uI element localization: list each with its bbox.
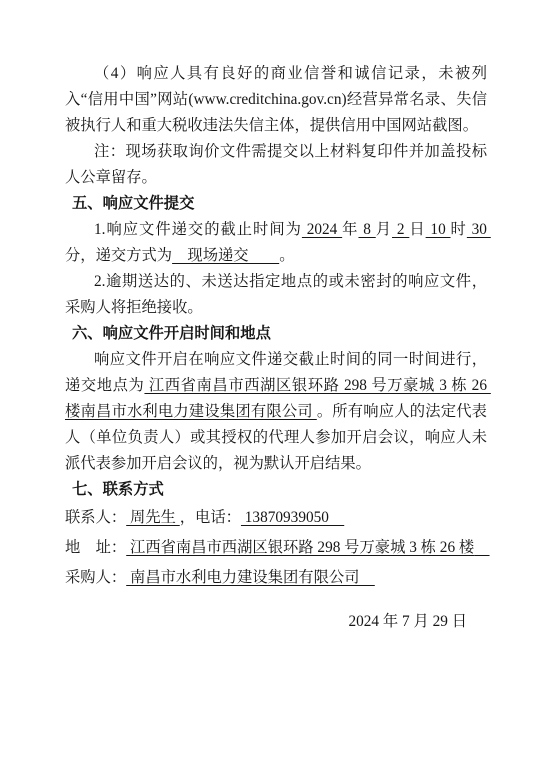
contact-person-line: 联系人： 周先生 ，电话： 13870939050 bbox=[65, 503, 487, 533]
opening-time-place-paragraph: 响应文件开启在响应文件递交截止时间的同一时间进行，递交地点为 江西省南昌市西湖区… bbox=[65, 347, 487, 477]
section-5-heading: 五、响应文件提交 bbox=[72, 191, 487, 217]
submission-deadline-paragraph: 1.响应文件递交的截止时间为 2024 年 8 月 2 日 10 时 30 分，… bbox=[65, 217, 487, 269]
document-page: （4）响应人具有良好的商业信誉和诚信记录，未被列入“信用中国”网站(www.cr… bbox=[0, 0, 550, 778]
document-content: （4）响应人具有良好的商业信誉和诚信记录，未被列入“信用中国”网站(www.cr… bbox=[65, 61, 487, 650]
document-date: 2024 年 7 月 29 日 bbox=[65, 609, 487, 635]
late-submission-paragraph: 2.逾期送达的、未送达指定地点的或未密封的响应文件，采购人将拒绝接收。 bbox=[65, 269, 487, 321]
purchaser-line: 采购人： 南昌市水利电力建设集团有限公司 bbox=[65, 563, 487, 593]
section-7-heading: 七、联系方式 bbox=[72, 477, 487, 503]
section-6-heading: 六、响应文件开启时间和地点 bbox=[72, 321, 487, 347]
clause-4-paragraph: （4）响应人具有良好的商业信誉和诚信记录，未被列入“信用中国”网站(www.cr… bbox=[65, 61, 487, 139]
contact-address-line: 地 址： 江西省南昌市西湖区银环路 298 号万豪城 3 栋 26 楼 bbox=[65, 533, 487, 563]
materials-note-paragraph: 注：现场获取询价文件需提交以上材料复印件并加盖投标人公章留存。 bbox=[65, 139, 487, 191]
